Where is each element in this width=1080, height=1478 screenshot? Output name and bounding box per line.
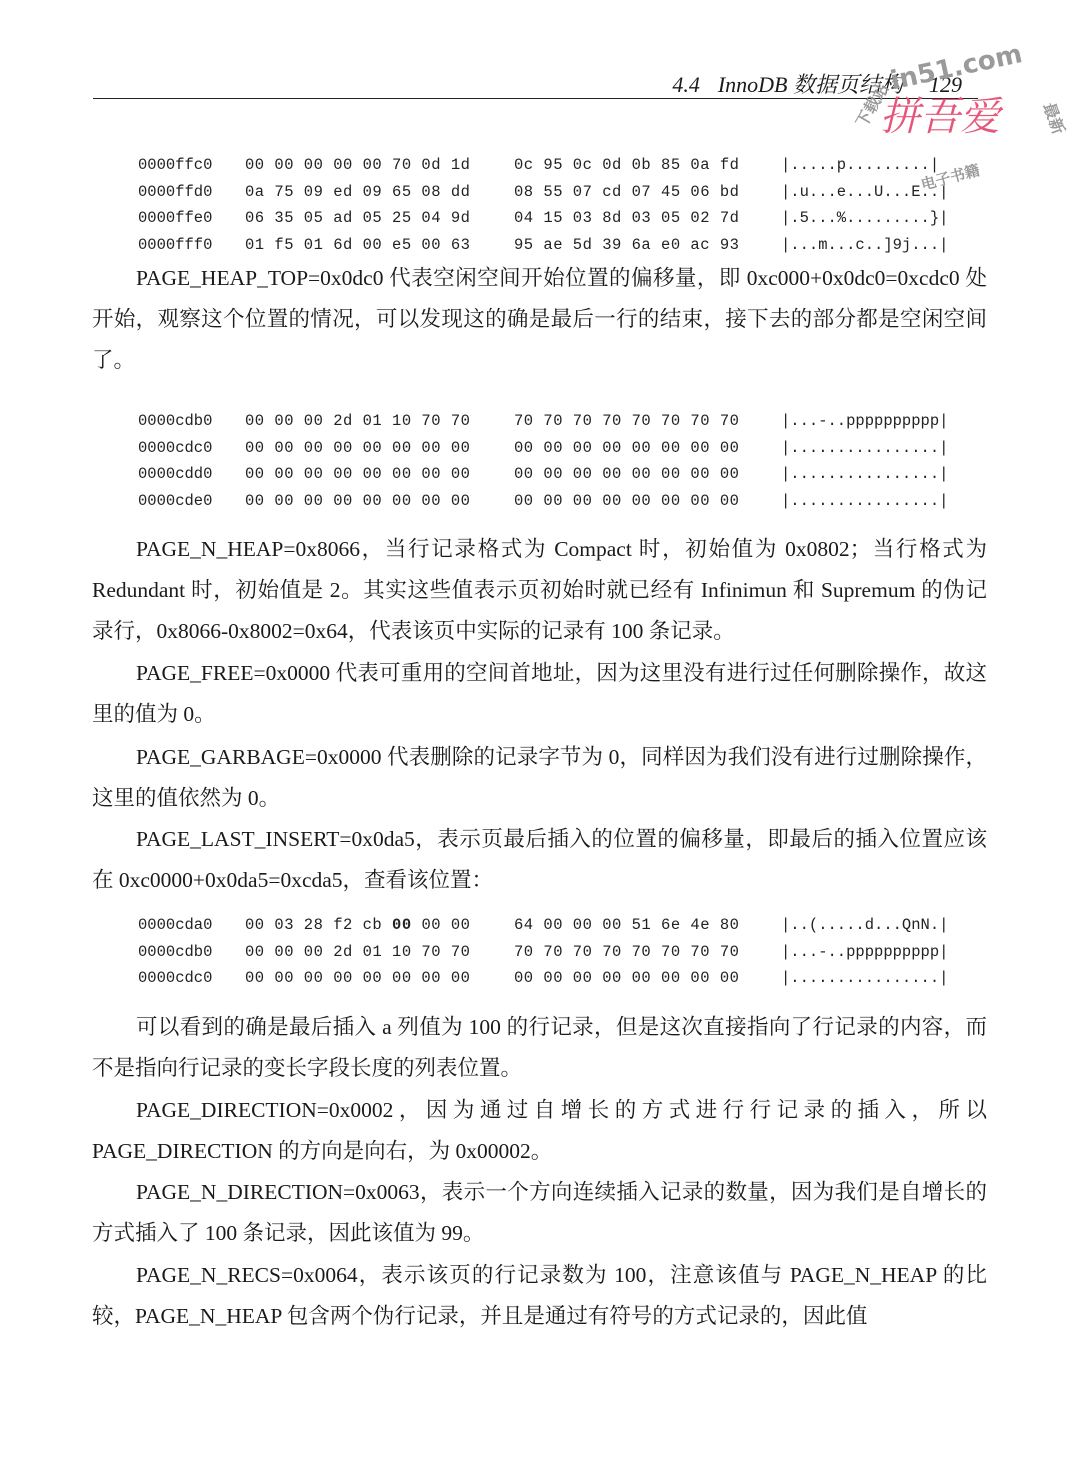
hex-ascii: |.5...%.........}| [781, 205, 948, 232]
paragraph-last-insert-note: 可以看到的确是最后插入 a 列值为 100 的行记录，但是这次直接指向了行记录的… [92, 1007, 987, 1089]
paragraph-page-n-heap: PAGE_N_HEAP=0x8066，当行记录格式为 Compact 时，初始值… [92, 529, 987, 652]
hex-ascii: |...-..pppppppppp| [781, 408, 948, 435]
section-number: 4.4 [672, 72, 700, 97]
hex-ascii: |...m...c..]9j...| [781, 232, 948, 259]
hex-ascii: |.....p.........| [781, 152, 939, 179]
paragraph-page-last-insert: PAGE_LAST_INSERT=0x0da5，表示页最后插入的位置的偏移量，即… [92, 819, 987, 901]
hex-ascii: |................| [781, 461, 948, 488]
hex-dump-1: 0000ffc0 00 00 00 00 00 70 0d 1d 0c 95 0… [138, 152, 175, 258]
hex-row: 0000ffc0 00 00 00 00 00 70 0d 1d 0c 95 0… [138, 152, 175, 179]
hex-dump-2: 0000cdb0 00 00 00 2d 01 10 70 70 70 70 7… [138, 408, 175, 514]
hex-bytes-2: 0c 95 0c 0d 0b 85 0a fd [514, 152, 739, 179]
hex-address: 0000ffe0 [138, 205, 212, 232]
paragraph-page-heap-top: PAGE_HEAP_TOP=0x0dc0 代表空闲空间开始位置的偏移量，即 0x… [92, 258, 987, 381]
hex-row: 0000cdb0 00 00 00 2d 01 10 70 70 70 70 7… [138, 408, 175, 435]
hex-address: 0000ffd0 [138, 179, 212, 206]
paragraph-page-free: PAGE_FREE=0x0000 代表可重用的空间首地址，因为这里没有进行过任何… [92, 653, 987, 735]
paragraph-page-garbage: PAGE_GARBAGE=0x0000 代表删除的记录字节为 0，同样因为我们没… [92, 737, 987, 819]
hex-row: 0000ffd0 0a 75 09 ed 09 65 08 dd 08 55 0… [138, 179, 175, 206]
paragraph-page-n-direction: PAGE_N_DIRECTION=0x0063，表示一个方向连续插入记录的数量，… [92, 1172, 987, 1254]
hex-address: 0000ffc0 [138, 152, 212, 179]
svg-text:拼吾爱: 拼吾爱 [880, 94, 1004, 140]
hex-bytes-1: 06 35 05 ad 05 25 04 9d [245, 205, 470, 232]
hex-row: 0000cdc0 00 00 00 00 00 00 00 00 00 00 0… [138, 435, 175, 462]
hex-bytes-1: 00 00 00 2d 01 10 70 70 [245, 408, 470, 435]
hex-bytes-2: 00 00 00 00 00 00 00 00 [514, 435, 739, 462]
hex-row: 0000cdc0 00 00 00 00 00 00 00 00 00 00 0… [138, 965, 175, 992]
paragraph-page-n-recs: PAGE_N_RECS=0x0064，表示该页的行记录数为 100，注意该值与 … [92, 1255, 987, 1337]
hex-address: 0000cdc0 [138, 435, 212, 462]
hex-address: 0000cdc0 [138, 965, 212, 992]
hex-bytes-1: 00 00 00 2d 01 10 70 70 [245, 939, 470, 966]
hex-bytes-2: 70 70 70 70 70 70 70 70 [514, 939, 739, 966]
hex-bytes-1: 00 03 28 f2 cb 00 00 00 [245, 912, 470, 939]
hex-bytes-1: 0a 75 09 ed 09 65 08 dd [245, 179, 470, 206]
section-title: InnoDB 数据页结构 [718, 72, 903, 97]
hex-row: 0000fff0 01 f5 01 6d 00 e5 00 63 95 ae 5… [138, 232, 175, 259]
hex-bytes-1: 01 f5 01 6d 00 e5 00 63 [245, 232, 470, 259]
hex-bytes-1: 00 00 00 00 00 00 00 00 [245, 435, 470, 462]
hex-bytes-1: 00 00 00 00 00 00 00 00 [245, 461, 470, 488]
hex-bytes-2: 00 00 00 00 00 00 00 00 [514, 488, 739, 515]
hex-ascii: |................| [781, 435, 948, 462]
hex-address: 0000cda0 [138, 912, 212, 939]
hex-dump-3: 0000cda0 00 03 28 f2 cb 00 00 00 64 00 0… [138, 912, 175, 992]
hex-row: 0000cda0 00 03 28 f2 cb 00 00 00 64 00 0… [138, 912, 175, 939]
header-text: 4.4InnoDB 数据页结构129 [672, 68, 962, 99]
hex-row: 0000cdb0 00 00 00 2d 01 10 70 70 70 70 7… [138, 939, 175, 966]
page-number: 129 [929, 72, 962, 97]
hex-address: 0000cdb0 [138, 408, 212, 435]
svg-text:最新: 最新 [1040, 100, 1069, 137]
hex-bytes-2: 04 15 03 8d 03 05 02 7d [514, 205, 739, 232]
hex-address: 0000cdb0 [138, 939, 212, 966]
hex-byte-highlighted: 00 [392, 916, 412, 934]
hex-address: 0000cde0 [138, 488, 212, 515]
hex-bytes-2: 70 70 70 70 70 70 70 70 [514, 408, 739, 435]
hex-ascii: |................| [781, 488, 948, 515]
hex-bytes-plain: 00 00 [412, 916, 471, 934]
running-header: 4.4InnoDB 数据页结构129 [93, 62, 978, 99]
hex-row: 0000cdd0 00 00 00 00 00 00 00 00 00 00 0… [138, 461, 175, 488]
hex-bytes-1: 00 00 00 00 00 70 0d 1d [245, 152, 470, 179]
hex-bytes-1: 00 00 00 00 00 00 00 00 [245, 488, 470, 515]
hex-ascii: |..(.....d...QnN.| [781, 912, 948, 939]
hex-bytes-2: 95 ae 5d 39 6a e0 ac 93 [514, 232, 739, 259]
hex-bytes-2: 64 00 00 00 51 6e 4e 80 [514, 912, 739, 939]
hex-ascii: |.u...e...U...E..| [781, 179, 948, 206]
hex-row: 0000cde0 00 00 00 00 00 00 00 00 00 00 0… [138, 488, 175, 515]
hex-address: 0000fff0 [138, 232, 212, 259]
hex-bytes-2: 00 00 00 00 00 00 00 00 [514, 965, 739, 992]
paragraph-page-direction: PAGE_DIRECTION=0x0002，因为通过自增长的方式进行行记录的插入… [92, 1090, 987, 1172]
hex-bytes-plain: 00 03 28 f2 cb [245, 916, 392, 934]
hex-bytes-2: 08 55 07 cd 07 45 06 bd [514, 179, 739, 206]
hex-ascii: |................| [781, 965, 948, 992]
hex-address: 0000cdd0 [138, 461, 212, 488]
hex-bytes-2: 00 00 00 00 00 00 00 00 [514, 461, 739, 488]
hex-ascii: |...-..pppppppppp| [781, 939, 948, 966]
hex-row: 0000ffe0 06 35 05 ad 05 25 04 9d 04 15 0… [138, 205, 175, 232]
hex-bytes-1: 00 00 00 00 00 00 00 00 [245, 965, 470, 992]
